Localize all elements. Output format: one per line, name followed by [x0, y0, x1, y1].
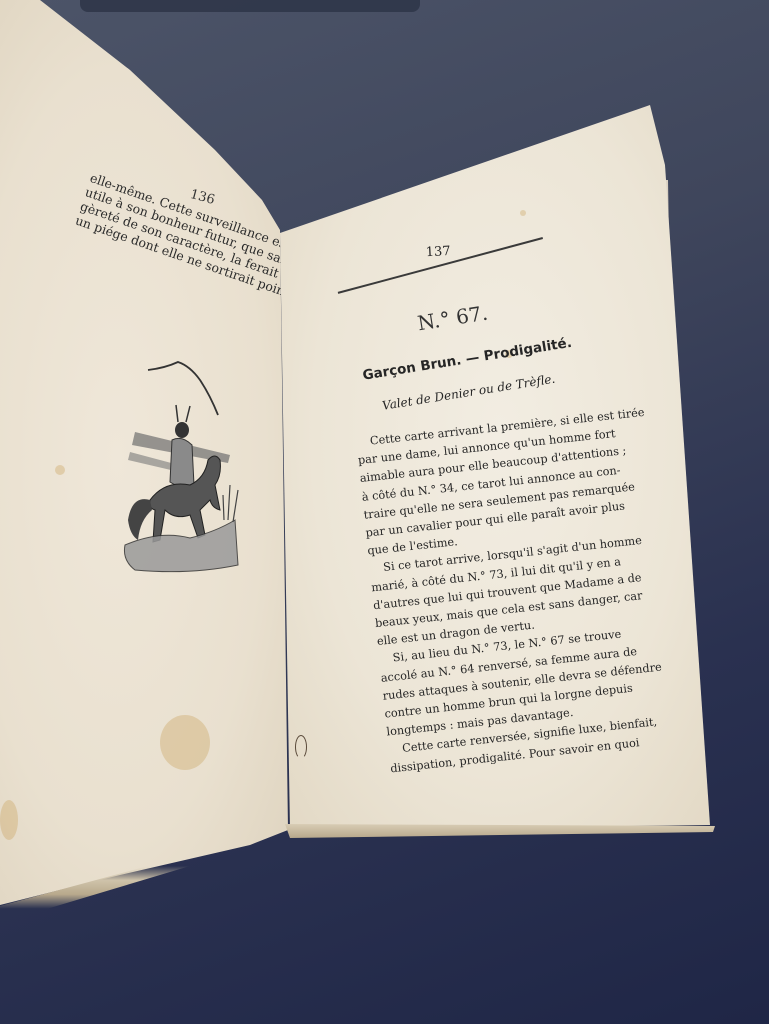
background-object-shadow: [80, 0, 420, 12]
right-page-number: 137: [425, 244, 451, 260]
paper-stain: [520, 210, 526, 216]
hair-mark: [295, 735, 307, 759]
paper-stain: [160, 715, 210, 770]
paper-stain: [55, 465, 65, 475]
card-description: Cette carte arrivant la première, si ell…: [355, 409, 630, 778]
right-page-bottom-edge: [285, 824, 715, 838]
paper-stain: [0, 800, 18, 840]
horse-rider-illustration: [120, 360, 250, 580]
